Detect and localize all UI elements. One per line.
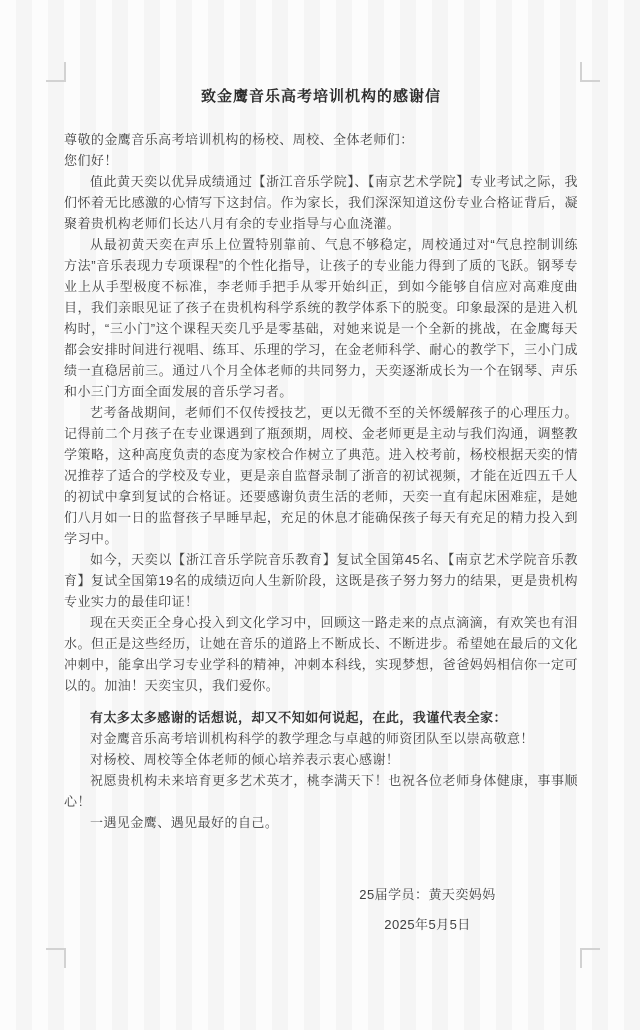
letter-salutation: 尊敬的金鹰音乐高考培训机构的杨校、周校、全体老师们： xyxy=(64,129,578,150)
signature-block: 25届学员：黄天奕妈妈 2025年5月5日 xyxy=(340,884,515,935)
letter-paragraph-5: 现在天奕正全身心投入到文化学习中，回顾这一路走来的点点滴滴，有欢笑也有泪水。但正… xyxy=(64,612,578,696)
signature-date: 2025年5月5日 xyxy=(340,914,515,935)
crop-mark-top-right-icon xyxy=(580,62,600,82)
letter-thanks-line-2: 对杨校、周校等全体老师的倾心培养表示衷心感谢！ xyxy=(64,749,578,770)
letter-thanks-line-1: 对金鹰音乐高考培训机构科学的教学理念与卓越的师资团队至以崇高敬意！ xyxy=(64,728,578,749)
signature-name: 25届学员：黄天奕妈妈 xyxy=(340,884,515,905)
letter-greeting: 您们好！ xyxy=(64,150,578,171)
crop-mark-bottom-right-icon xyxy=(580,948,600,968)
letter-thanks-line-3: 祝愿贵机构未来培育更多艺术英才，桃李满天下！也祝各位老师身体健康，事事顺心！ xyxy=(64,770,578,812)
letter-title: 致金鹰音乐高考培训机构的感谢信 xyxy=(64,86,578,108)
letter-paragraph-4: 如今，天奕以【浙江音乐学院音乐教育】复试全国第45名、【南京艺术学院音乐教育】复… xyxy=(64,549,578,612)
letter-paragraph-3: 艺考备战期间，老师们不仅传授技艺，更以无微不至的关怀缓解孩子的心理压力。记得前二… xyxy=(64,402,578,549)
letter-paragraph-1: 值此黄天奕以优异成绩通过【浙江音乐学院】、【南京艺术学院】专业考试之际，我们怀着… xyxy=(64,171,578,234)
letter-thanks-intro: 有太多太多感谢的话想说，却又不知如何说起，在此，我谨代表全家： xyxy=(64,707,578,728)
letter-page: 致金鹰音乐高考培训机构的感谢信 尊敬的金鹰音乐高考培训机构的杨校、周校、全体老师… xyxy=(0,0,640,1030)
letter-paragraph-2: 从最初黄天奕在声乐上位置特别靠前、气息不够稳定，周校通过对“气息控制训练方法”音… xyxy=(64,234,578,402)
crop-mark-top-left-icon xyxy=(46,62,66,82)
letter-closing-line: 一遇见金鹰、遇见最好的自己。 xyxy=(64,812,578,833)
crop-mark-bottom-left-icon xyxy=(46,948,66,968)
letter-body: 致金鹰音乐高考培训机构的感谢信 尊敬的金鹰音乐高考培训机构的杨校、周校、全体老师… xyxy=(64,86,578,833)
